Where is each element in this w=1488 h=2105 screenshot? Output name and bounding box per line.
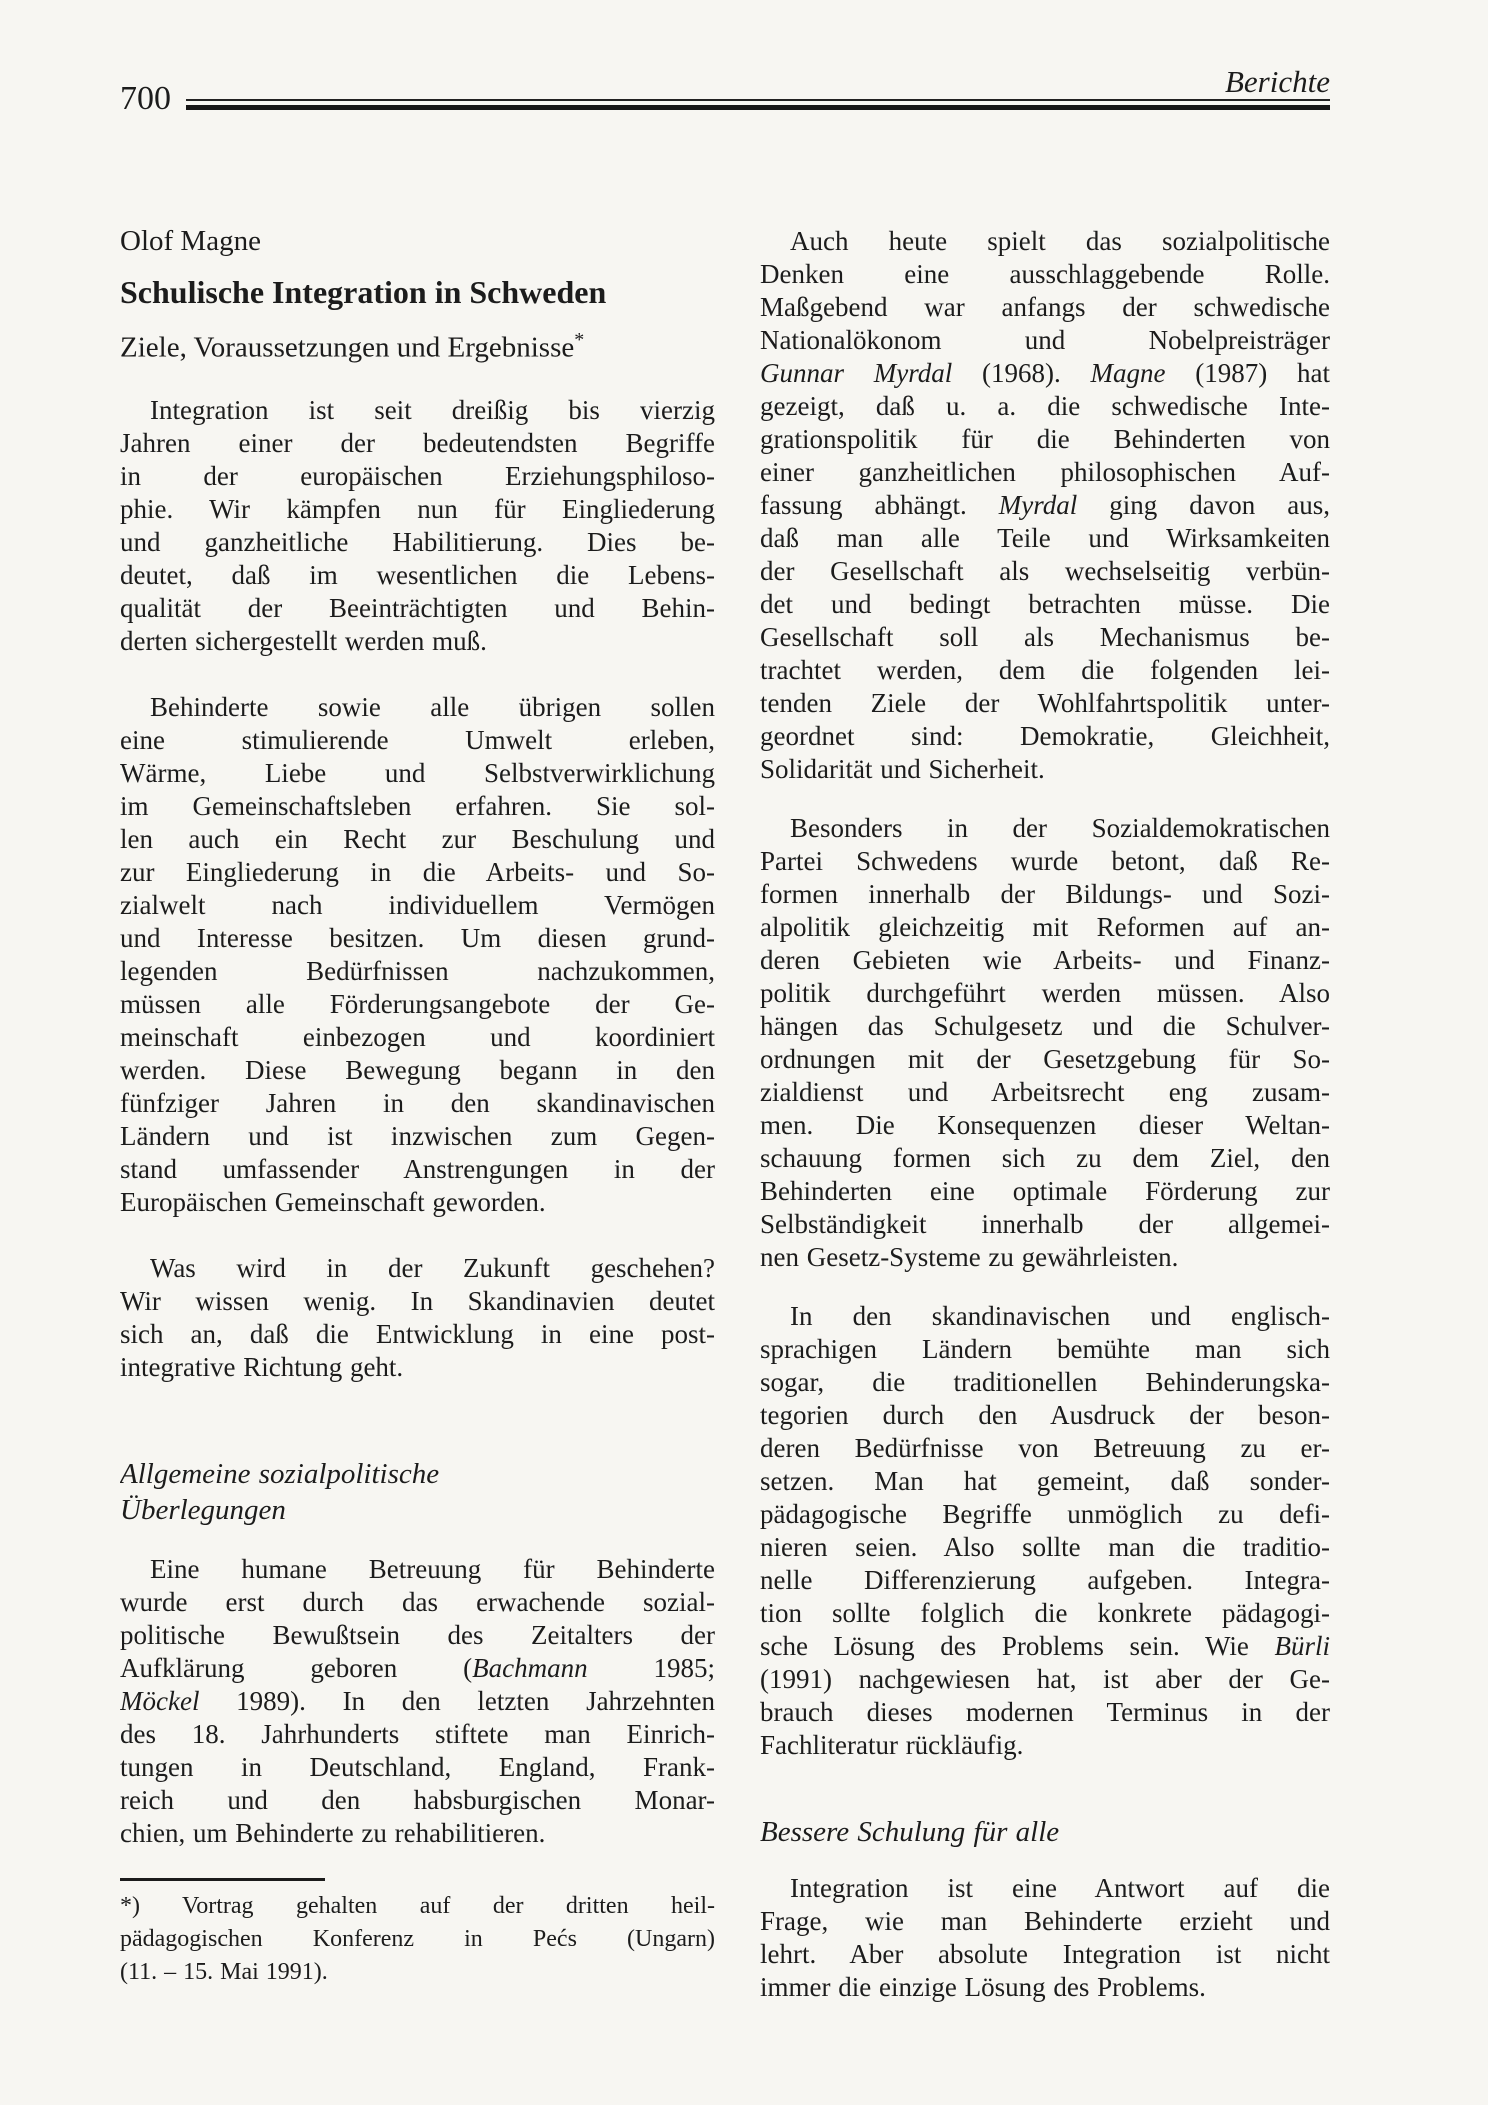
text-line: werden. Diese Bewegung begann in den bbox=[120, 1054, 715, 1087]
text-line: Integration ist seit dreißig bis vierzig bbox=[120, 394, 715, 427]
author-name: Olof Magne bbox=[120, 225, 715, 258]
text-line: im Gemeinschaftsleben erfahren. Sie sol- bbox=[120, 790, 715, 823]
paragraph: In den skandinavischen und englisch-spra… bbox=[760, 1300, 1330, 1762]
text-line: Möckel 1989). In den letzten Jahrzehnten bbox=[120, 1685, 715, 1718]
two-column-text: Olof Magne Schulische Integration in Sch… bbox=[120, 225, 1330, 2004]
text-line: trachtet werden, dem die folgenden lei- bbox=[760, 654, 1330, 687]
scanned-journal-page: 700 Berichte Olof Magne Schulische Integ… bbox=[0, 0, 1488, 2105]
text-line: *) Vortrag gehalten auf der dritten heil… bbox=[120, 1890, 715, 1923]
text-line: sprachigen Ländern bemühte man sich bbox=[760, 1333, 1330, 1366]
text-line: deren Gebieten wie Arbeits- und Finanz- bbox=[760, 944, 1330, 977]
text-line: Bessere Schulung für alle bbox=[760, 1814, 1330, 1850]
text-line: einer ganzheitlichen philosophischen Auf… bbox=[760, 456, 1330, 489]
text-line: immer die einzige Lösung des Problems. bbox=[760, 1971, 1330, 2004]
text-line: Was wird in der Zukunft geschehen? bbox=[120, 1252, 715, 1285]
text-line: Besonders in der Sozialdemokratischen bbox=[760, 812, 1330, 845]
text-line: legenden Bedürfnissen nachzukommen, bbox=[120, 955, 715, 988]
text-line: tenden Ziele der Wohlfahrtspolitik unter… bbox=[760, 687, 1330, 720]
text-line: Wir wissen wenig. In Skandinavien deutet bbox=[120, 1285, 715, 1318]
text-line: deutet, daß im wesentlichen die Lebens- bbox=[120, 559, 715, 592]
text-line: Jahren einer der bedeutendsten Begriffe bbox=[120, 427, 715, 460]
article-subtitle-text: Ziele, Voraussetzungen und Ergebnisse bbox=[120, 332, 574, 364]
text-line: Gesellschaft soll als Mechanismus be- bbox=[760, 621, 1330, 654]
text-line: gezeigt, daß u. a. die schwedische Inte- bbox=[760, 390, 1330, 423]
text-line: meinschaft einbezogen und koordiniert bbox=[120, 1021, 715, 1054]
header-rule bbox=[186, 99, 1330, 110]
paragraph: Integration ist seit dreißig bis vierzig… bbox=[120, 394, 715, 658]
text-line: integrative Richtung geht. bbox=[120, 1351, 715, 1384]
text-line: fassung abhängt. Myrdal ging davon aus, bbox=[760, 489, 1330, 522]
text-line: Solidarität und Sicherheit. bbox=[760, 753, 1330, 786]
header-rule-thick bbox=[186, 105, 1330, 110]
text-line: Behinderten eine optimale Förderung zur bbox=[760, 1175, 1330, 1208]
paragraph: Behinderte sowie alle übrigen solleneine… bbox=[120, 691, 715, 1219]
right-column: Auch heute spielt das sozialpolitischeDe… bbox=[760, 225, 1330, 2004]
left-column-blocks: Integration ist seit dreißig bis vierzig… bbox=[120, 394, 715, 1989]
text-line: Behinderte sowie alle übrigen sollen bbox=[120, 691, 715, 724]
text-line: Auch heute spielt das sozialpolitische bbox=[760, 225, 1330, 258]
text-line: chien, um Behinderte zu rehabilitieren. bbox=[120, 1817, 715, 1850]
text-line: Frage, wie man Behinderte erzieht und bbox=[760, 1905, 1330, 1938]
journal-section-title: Berichte bbox=[1225, 64, 1330, 100]
text-line: grationspolitik für die Behinderten von bbox=[760, 423, 1330, 456]
text-line: setzen. Man hat gemeint, daß sonder- bbox=[760, 1465, 1330, 1498]
section-heading: Allgemeine sozialpolitischeÜberlegungen bbox=[120, 1456, 715, 1528]
text-line: zialdienst und Arbeitsrecht eng zusam- bbox=[760, 1076, 1330, 1109]
left-column: Olof Magne Schulische Integration in Sch… bbox=[120, 225, 715, 2004]
text-line: sich an, daß die Entwicklung in eine pos… bbox=[120, 1318, 715, 1351]
text-line: fünfziger Jahren in den skandinavischen bbox=[120, 1087, 715, 1120]
text-line: Überlegungen bbox=[120, 1492, 715, 1528]
text-line: nen Gesetz-Systeme zu gewährleisten. bbox=[760, 1241, 1330, 1274]
text-line: sche Lösung des Problems sein. Wie Bürli bbox=[760, 1630, 1330, 1663]
text-line: Aufklärung geboren (Bachmann 1985; bbox=[120, 1652, 715, 1685]
footnote-rule bbox=[120, 1878, 325, 1881]
text-line: Selbständigkeit innerhalb der allgemei- bbox=[760, 1208, 1330, 1241]
text-line: stand umfassender Anstrengungen in der bbox=[120, 1153, 715, 1186]
text-line: müssen alle Förderungsangebote der Ge- bbox=[120, 988, 715, 1021]
text-line: Wärme, Liebe und Selbstverwirklichung bbox=[120, 757, 715, 790]
text-line: (11. – 15. Mai 1991). bbox=[120, 1956, 715, 1989]
text-line: politische Bewußtsein des Zeitalters der bbox=[120, 1619, 715, 1652]
text-line: nelle Differenzierung aufgeben. Integra- bbox=[760, 1564, 1330, 1597]
paragraph: Integration ist eine Antwort auf dieFrag… bbox=[760, 1872, 1330, 2004]
text-line: und Interesse besitzen. Um diesen grund- bbox=[120, 922, 715, 955]
text-line: ordnungen mit der Gesetzgebung für So- bbox=[760, 1043, 1330, 1076]
text-line: pädagogischen Konferenz in Pećs (Ungarn) bbox=[120, 1923, 715, 1956]
article-title: Schulische Integration in Schweden bbox=[120, 273, 715, 311]
text-line: Partei Schwedens wurde betont, daß Re- bbox=[760, 845, 1330, 878]
text-line: Allgemeine sozialpolitische bbox=[120, 1456, 715, 1492]
text-line: men. Die Konsequenzen dieser Weltan- bbox=[760, 1109, 1330, 1142]
footnote-marker: * bbox=[574, 329, 584, 351]
text-line: Nationalökonom und Nobelpreisträger bbox=[760, 324, 1330, 357]
text-line: Ländern und ist inzwischen zum Gegen- bbox=[120, 1120, 715, 1153]
text-line: in der europäischen Erziehungsphiloso- bbox=[120, 460, 715, 493]
article-subtitle: Ziele, Voraussetzungen und Ergebnisse* bbox=[120, 323, 715, 366]
text-line: Fachliteratur rückläufig. bbox=[760, 1729, 1330, 1762]
text-line: des 18. Jahrhunderts stiftete man Einric… bbox=[120, 1718, 715, 1751]
text-line: det und bedingt betrachten müsse. Die bbox=[760, 588, 1330, 621]
text-line: qualität der Beeinträchtigten und Behin- bbox=[120, 592, 715, 625]
text-line: geordnet sind: Demokratie, Gleichheit, bbox=[760, 720, 1330, 753]
text-line: hängen das Schulgesetz und die Schulver- bbox=[760, 1010, 1330, 1043]
header-rule-thin bbox=[186, 99, 1330, 101]
text-line: phie. Wir kämpfen nun für Eingliederung bbox=[120, 493, 715, 526]
text-line: (1991) nachgewiesen hat, ist aber der Ge… bbox=[760, 1663, 1330, 1696]
text-line: der Gesellschaft als wechselseitig verbü… bbox=[760, 555, 1330, 588]
paragraph: Auch heute spielt das sozialpolitischeDe… bbox=[760, 225, 1330, 786]
text-line: pädagogische Begriffe unmöglich zu defi- bbox=[760, 1498, 1330, 1531]
text-line: reich und den habsburgischen Monar- bbox=[120, 1784, 715, 1817]
text-line: Gunnar Myrdal (1968). Magne (1987) hat bbox=[760, 357, 1330, 390]
text-line: lehrt. Aber absolute Integration ist nic… bbox=[760, 1938, 1330, 1971]
text-line: deren Bedürfnisse von Betreuung zu er- bbox=[760, 1432, 1330, 1465]
text-line: zur Eingliederung in die Arbeits- und So… bbox=[120, 856, 715, 889]
text-line: schauung formen sich zu dem Ziel, den bbox=[760, 1142, 1330, 1175]
text-line: eine stimulierende Umwelt erleben, bbox=[120, 724, 715, 757]
text-line: alpolitik gleichzeitig mit Reformen auf … bbox=[760, 911, 1330, 944]
text-line: Eine humane Betreuung für Behinderte bbox=[120, 1553, 715, 1586]
paragraph: Was wird in der Zukunft geschehen?Wir wi… bbox=[120, 1252, 715, 1384]
paragraph: Besonders in der SozialdemokratischenPar… bbox=[760, 812, 1330, 1274]
text-line: Europäischen Gemeinschaft geworden. bbox=[120, 1186, 715, 1219]
right-column-blocks: Auch heute spielt das sozialpolitischeDe… bbox=[760, 225, 1330, 2004]
text-line: wurde erst durch das erwachende sozial- bbox=[120, 1586, 715, 1619]
text-line: nieren seien. Also sollte man die tradit… bbox=[760, 1531, 1330, 1564]
text-line: brauch dieses modernen Terminus in der bbox=[760, 1696, 1330, 1729]
paragraph: Eine humane Betreuung für Behindertewurd… bbox=[120, 1553, 715, 1850]
text-line: derten sichergestellt werden muß. bbox=[120, 625, 715, 658]
section-heading: Bessere Schulung für alle bbox=[760, 1814, 1330, 1850]
text-line: Maßgebend war anfangs der schwedische bbox=[760, 291, 1330, 324]
text-line: und ganzheitliche Habilitierung. Dies be… bbox=[120, 526, 715, 559]
text-line: Denken eine ausschlaggebende Rolle. bbox=[760, 258, 1330, 291]
text-line: politik durchgeführt werden müssen. Also bbox=[760, 977, 1330, 1010]
text-line: Integration ist eine Antwort auf die bbox=[760, 1872, 1330, 1905]
page-number: 700 bbox=[120, 80, 171, 118]
text-line: In den skandinavischen und englisch- bbox=[760, 1300, 1330, 1333]
text-line: len auch ein Recht zur Beschulung und bbox=[120, 823, 715, 856]
text-line: tungen in Deutschland, England, Frank- bbox=[120, 1751, 715, 1784]
text-line: tion sollte folglich die konkrete pädago… bbox=[760, 1597, 1330, 1630]
text-line: tegorien durch den Ausdruck der beson- bbox=[760, 1399, 1330, 1432]
footnote: *) Vortrag gehalten auf der dritten heil… bbox=[120, 1878, 715, 1989]
text-line: zialwelt nach individuellem Vermögen bbox=[120, 889, 715, 922]
text-line: formen innerhalb der Bildungs- und Sozi- bbox=[760, 878, 1330, 911]
text-line: sogar, die traditionellen Behinderungska… bbox=[760, 1366, 1330, 1399]
text-line: daß man alle Teile und Wirksamkeiten bbox=[760, 522, 1330, 555]
